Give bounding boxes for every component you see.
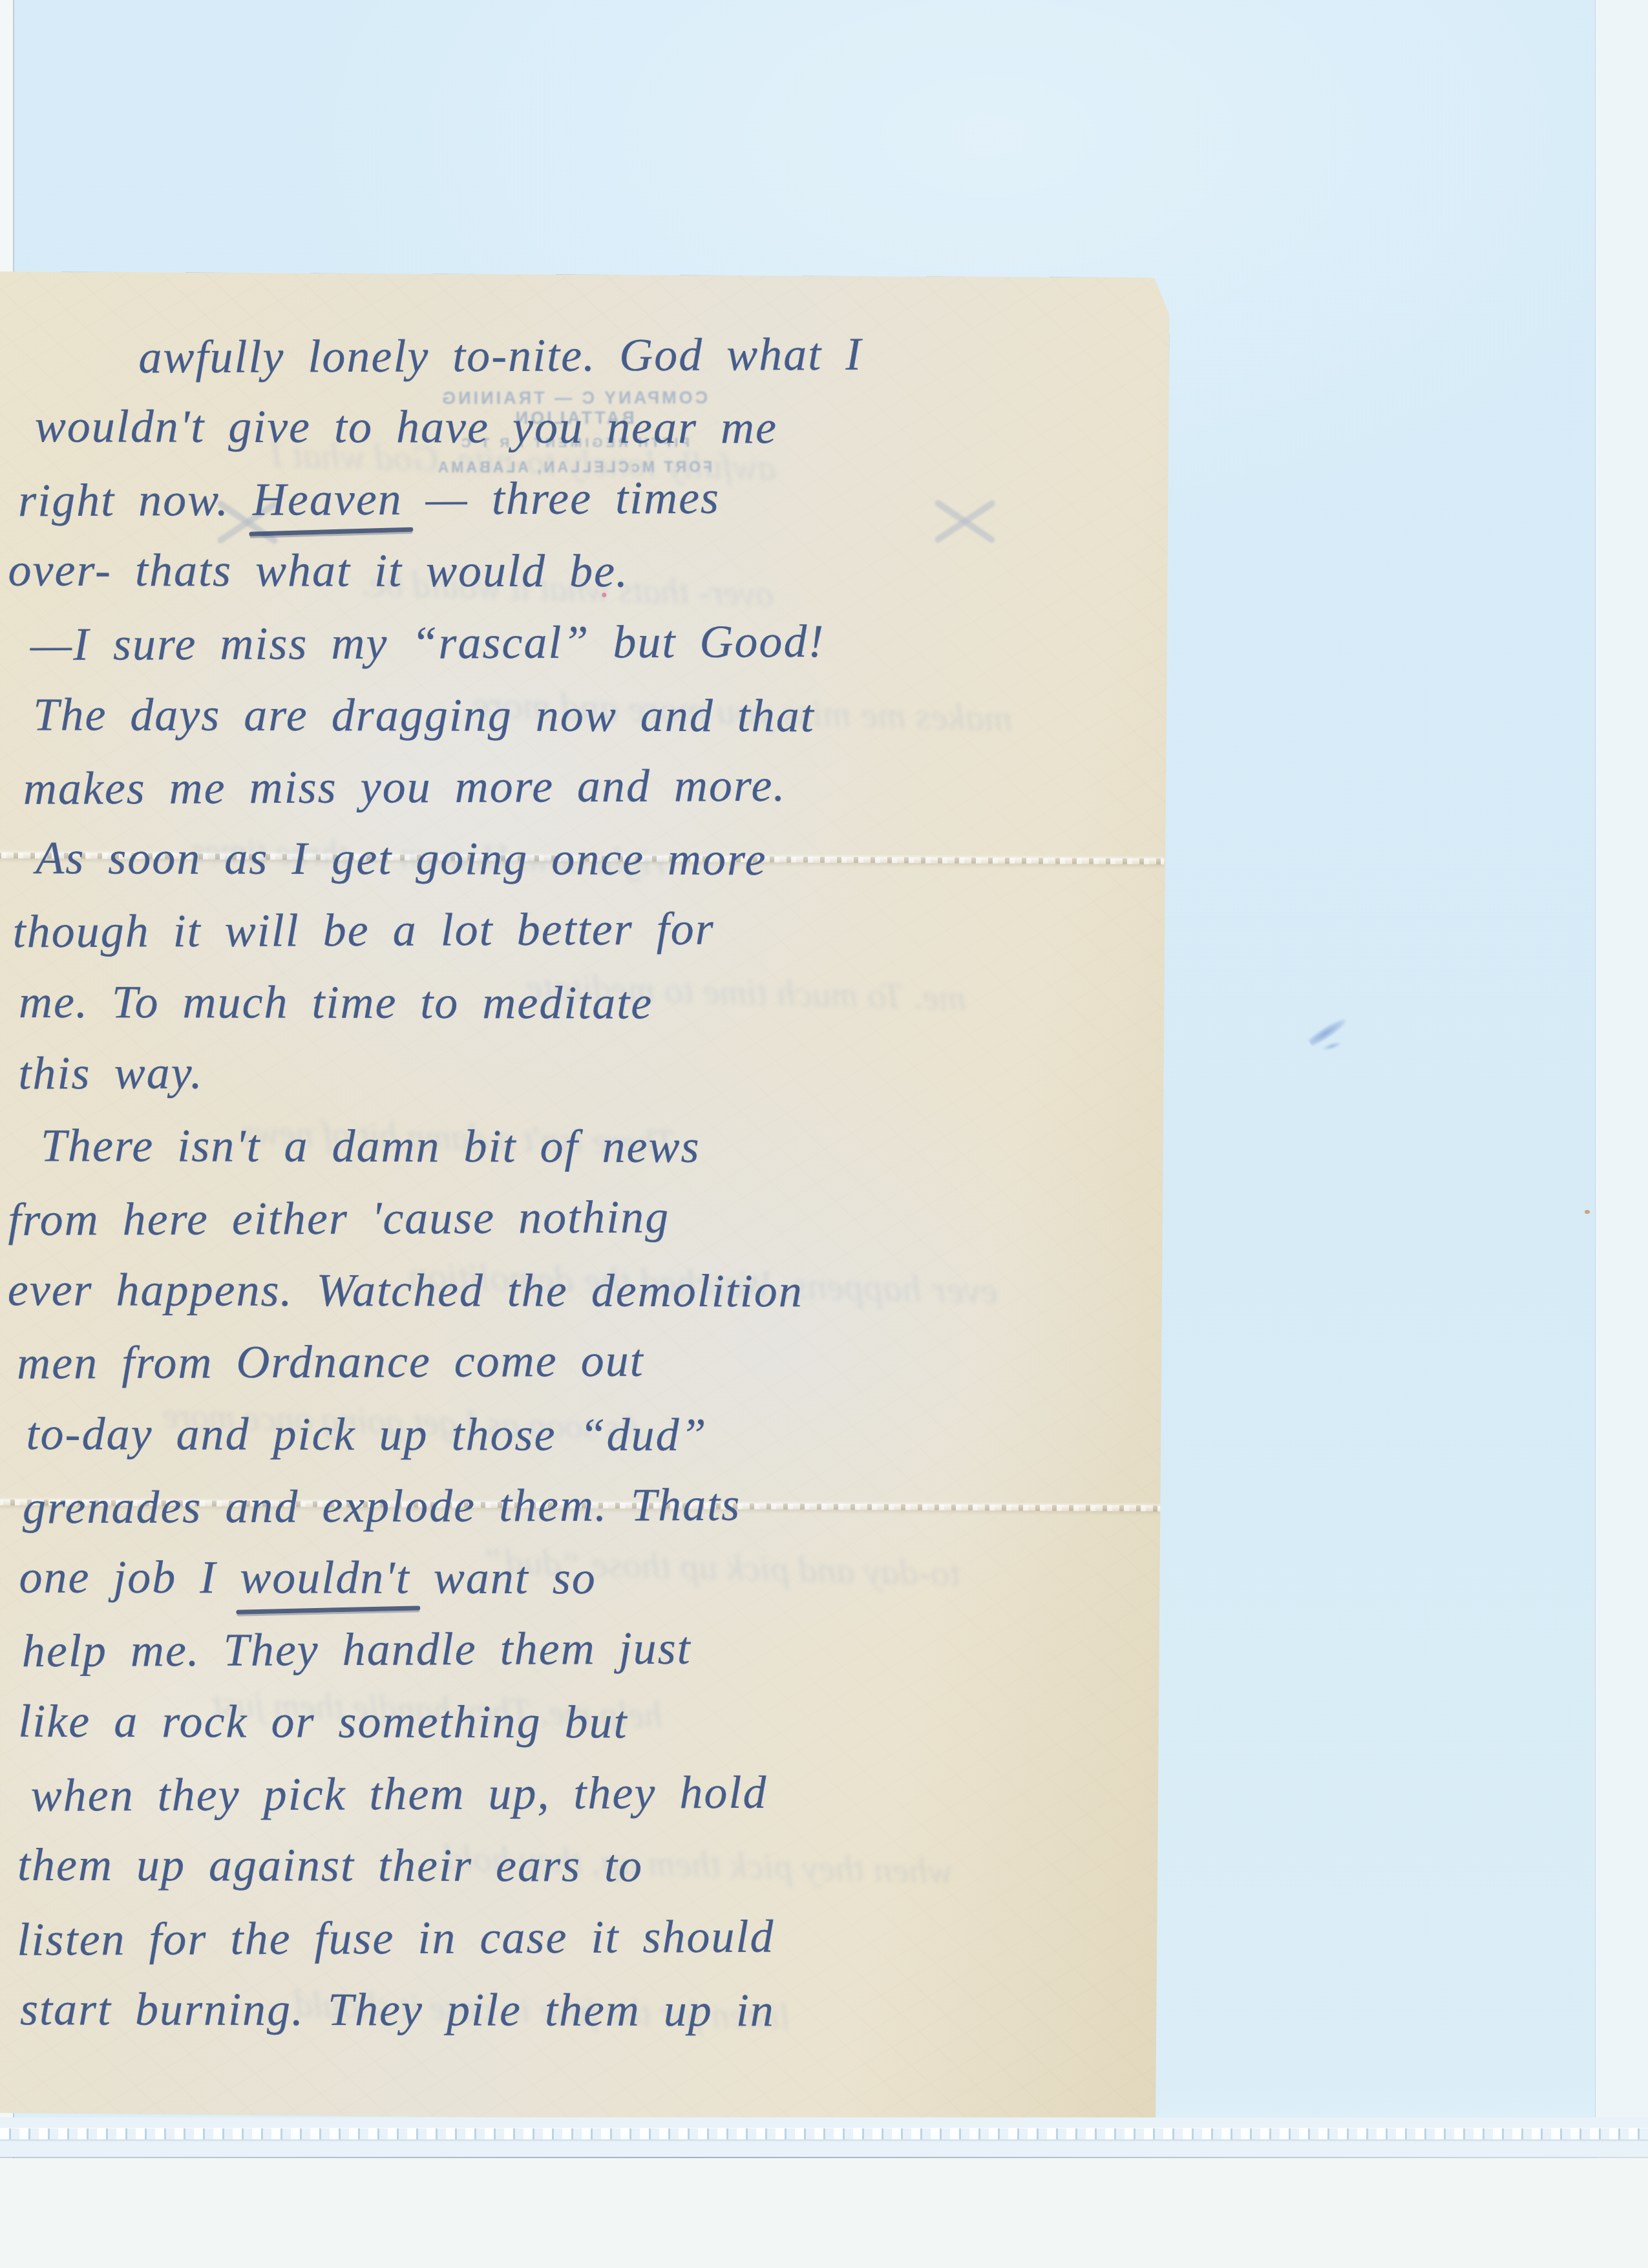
letter-line: right now. Heaven — three times — [18, 471, 720, 528]
letter-page: COMPANY C — TRAINING BATTALION FIFTH REG… — [0, 271, 1170, 2123]
letter-line: —I sure miss my “rascal” but Good! — [30, 615, 825, 672]
letter-line: to-day and pick up those “dud” — [26, 1407, 708, 1462]
letter-line: There isn't a damn bit of news — [41, 1119, 701, 1174]
letter-line: grenades and explode them. Thats — [23, 1478, 741, 1535]
sleeve-right-edge — [1595, 0, 1648, 2268]
letter-line: As soon as I get going once more — [36, 831, 766, 886]
letter-line: over- thats what it would be. — [8, 544, 629, 599]
letter-line: listen for the fuse in case it should — [17, 1910, 774, 1967]
letter-line: ever happens. Watched the demolition — [8, 1263, 803, 1318]
letter-line: though it will be a lot better for — [12, 902, 714, 959]
scanned-letter-scene: COMPANY C — TRAINING BATTALION FIFTH REG… — [0, 0, 1648, 2268]
ink-smudge — [1307, 1015, 1349, 1047]
hand-underline: Heaven — [253, 472, 403, 527]
letter-line: makes me miss you more and more. — [23, 759, 787, 816]
sleeve-speck — [1585, 1210, 1590, 1214]
sleeve-perforation — [0, 2128, 1648, 2139]
letter-line: men from Ordnance come out — [17, 1334, 644, 1390]
letter-line: start burning. They pile them up in — [20, 1982, 775, 2037]
ghost-crest-mark — [929, 495, 1000, 549]
letter-line: from here either 'cause nothing — [8, 1191, 670, 1247]
letter-line: The days are dragging now and that — [33, 688, 814, 743]
letter-line: when they pick them up, they hold — [30, 1766, 767, 1823]
letter-line: them up against their ears to — [17, 1838, 643, 1893]
letter-line: wouldn't give to have you near me — [35, 399, 777, 454]
letter-line: me. To much time to meditate — [19, 975, 653, 1030]
hand-underline: wouldn't — [240, 1551, 410, 1604]
letter-line: one job I wouldn't want so — [19, 1551, 597, 1606]
letter-body-text: awfully lonely to-nite. God what Iwouldn… — [0, 271, 1170, 277]
ink-smudge — [1322, 1041, 1342, 1052]
letter-line: this way. — [18, 1046, 203, 1100]
letter-line: help me. They handle them just — [22, 1622, 692, 1679]
sleeve-bottom-area — [0, 2158, 1648, 2268]
bleed-through-handwriting: awfully lonely to-nite. God what Iover- … — [0, 271, 1170, 277]
letter-line: awfully lonely to-nite. God what I — [138, 328, 862, 385]
letter-line: like a rock or something but — [18, 1695, 628, 1750]
